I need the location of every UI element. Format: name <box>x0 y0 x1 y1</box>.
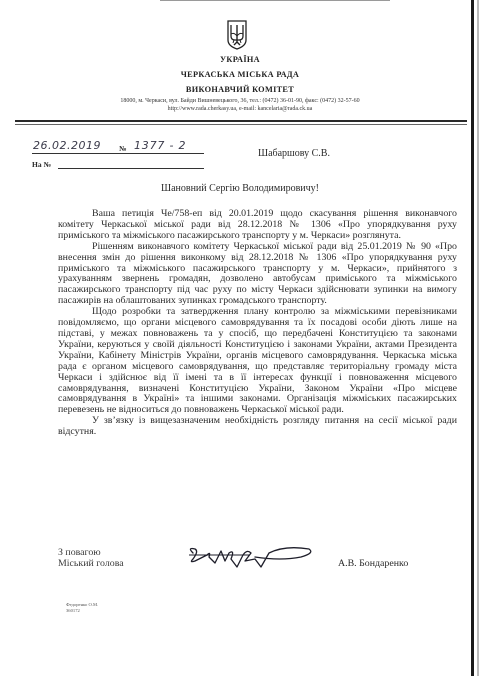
outgoing-number-label: № <box>119 144 127 153</box>
letterhead-country: УКРАЇНА <box>0 55 480 64</box>
body-paragraph: Щодо розробки та затвердження плану конт… <box>58 307 457 416</box>
letter-body: Ваша петиція Че/758-еп від 20.01.2019 що… <box>58 209 457 438</box>
reply-to-underline <box>58 168 204 169</box>
signer-name: А.В. Бондаренко <box>338 558 408 569</box>
closing-block: З повагою Міський голова <box>58 547 124 569</box>
body-paragraph: Ваша петиція Че/758-еп від 20.01.2019 що… <box>58 209 457 242</box>
letterhead-council: ЧЕРКАСЬКА МІСЬКА РАДА <box>0 70 480 79</box>
letterhead-web-email: http://www.rada.cherkasy.ua, e-mail: kan… <box>0 106 480 112</box>
outgoing-date: 26.02.2019 <box>33 139 101 152</box>
executor-phone: 360172 <box>66 608 98 614</box>
salutation: Шановний Сергію Володимировичу! <box>0 183 480 194</box>
signer-position: Міський голова <box>58 558 124 569</box>
executor-block: Федоренко О.М. 360172 <box>66 602 98 614</box>
scan-top-edge <box>160 0 390 1</box>
letterhead-divider-thin <box>15 124 467 125</box>
reply-to-label: На № <box>32 160 51 169</box>
letter-page: УКРАЇНА ЧЕРКАСЬКА МІСЬКА РАДА ВИКОНАВЧИЙ… <box>0 0 480 676</box>
body-paragraph: У зв’язку із вищезазначеним необхідність… <box>58 416 457 438</box>
letterhead-committee: ВИКОНАВЧИЙ КОМІТЕТ <box>0 85 480 94</box>
letterhead-address: 18000, м. Черкаси, вул. Байди Вишневецьк… <box>0 98 480 104</box>
body-paragraph: Рішенням виконавчого комітету Черкаської… <box>58 242 457 307</box>
recipient: Шабаршову С.В. <box>258 148 330 159</box>
trident-coat-of-arms-icon <box>226 20 248 50</box>
letterhead-divider-thick <box>15 120 467 122</box>
outgoing-underline <box>32 153 204 154</box>
handwritten-signature-icon <box>185 541 315 571</box>
outgoing-number: 1377 - 2 <box>134 139 186 152</box>
closing-regards: З повагою <box>58 547 124 558</box>
